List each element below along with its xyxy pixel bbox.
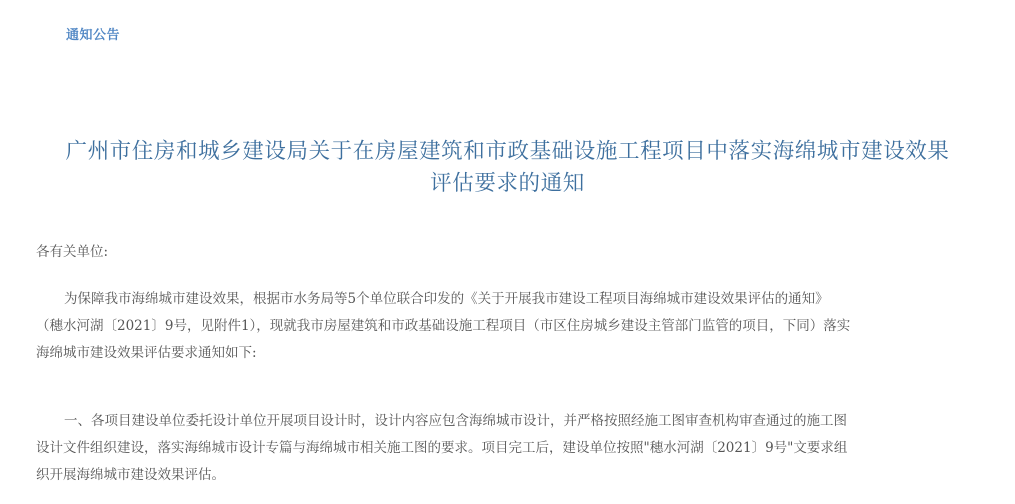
paragraph-line: 为保障我市海绵城市建设效果，根据市水务局等5个单位联合印发的《关于开展我市建设工… bbox=[36, 286, 976, 313]
title-line-1: 广州市住房和城乡建设局关于在房屋建筑和市政基础设施工程项目中落实海绵城市建设效果 bbox=[0, 136, 1015, 168]
paragraph-item-1: 一、各项目建设单位委托设计单位开展项目设计时，设计内容应包含海绵城市设计，并严格… bbox=[36, 408, 976, 489]
section-label[interactable]: 通知公告 bbox=[66, 24, 120, 43]
paragraph-line: 海绵城市建设效果评估要求通知如下: bbox=[36, 340, 976, 367]
paragraph-intro: 为保障我市海绵城市建设效果，根据市水务局等5个单位联合印发的《关于开展我市建设工… bbox=[36, 286, 976, 367]
paragraph-line: （穗水河湖〔2021〕9号，见附件1），现就我市房屋建筑和市政基础设施工程项目（… bbox=[36, 313, 976, 340]
title-line-2: 评估要求的通知 bbox=[0, 168, 1015, 200]
page-title: 广州市住房和城乡建设局关于在房屋建筑和市政基础设施工程项目中落实海绵城市建设效果… bbox=[0, 136, 1015, 200]
salutation: 各有关单位: bbox=[36, 240, 108, 260]
paragraph-line: 织开展海绵城市建设效果评估。 bbox=[36, 462, 976, 489]
paragraph-line: 一、各项目建设单位委托设计单位开展项目设计时，设计内容应包含海绵城市设计，并严格… bbox=[36, 408, 976, 435]
paragraph-line: 设计文件组织建设，落实海绵城市设计专篇与海绵城市相关施工图的要求。项目完工后，建… bbox=[36, 435, 976, 462]
